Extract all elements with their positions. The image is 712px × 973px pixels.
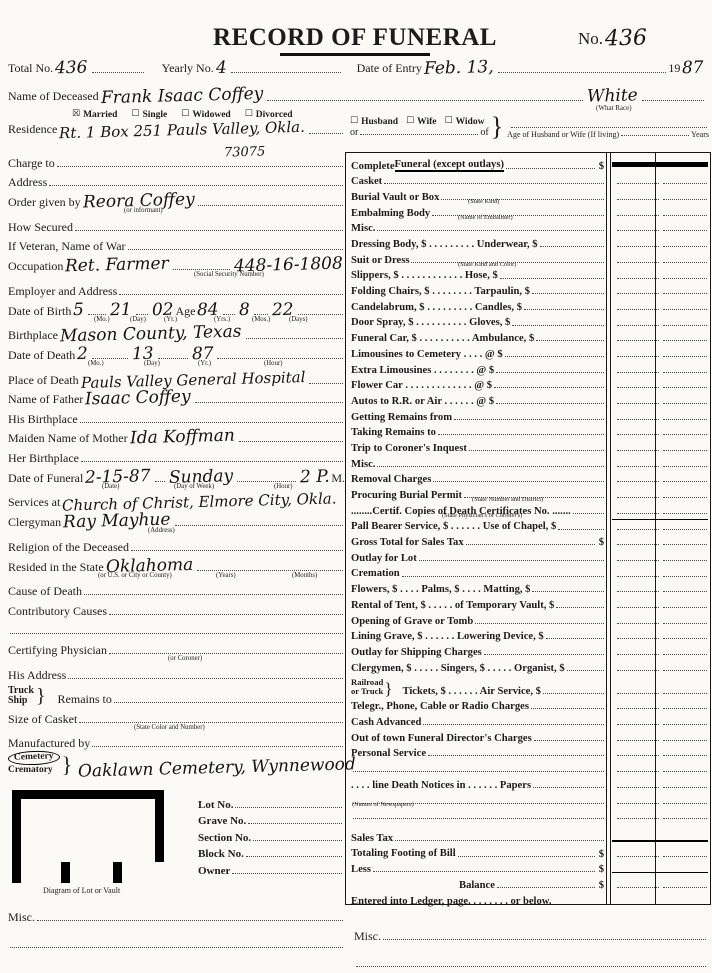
left-column: Charge to Address Order given by Reora C… [6, 150, 345, 973]
dotted-leader [438, 433, 604, 435]
charges-box: Complete Funeral (except outlays) $ Cask… [345, 152, 711, 905]
funeral-hour-value: 2 P. [299, 468, 329, 486]
spouse-years-label: Years [691, 130, 709, 139]
dotted-leader [475, 622, 604, 624]
clergyman-caption: (Address) [148, 527, 175, 534]
charge-row: Candelabrum, $ . . . . . . . . . Candles… [346, 297, 710, 313]
dotted-leader [235, 806, 342, 808]
dotted-leader [10, 632, 343, 634]
dotted-leader [360, 133, 478, 135]
charge-row-complete-funeral: Complete Funeral (except outlays) $ [346, 156, 710, 172]
amount-cell-cents [663, 245, 707, 247]
field-size-of-casket: Size of Casket [6, 706, 345, 726]
amount-cell-dollars [617, 433, 659, 435]
dollar-sign: $ [599, 880, 604, 891]
amount-cell-dollars [617, 606, 659, 608]
amount-cell-cents [663, 653, 707, 655]
field-lot-no: Lot No. [198, 794, 344, 811]
dotted-leader [49, 184, 343, 186]
field-owner: Owner [198, 860, 344, 877]
field-cemetery: Cemetery Crematory } Oaklawn Cemetery, W… [6, 750, 345, 776]
dotted-leader [231, 71, 341, 73]
charge-row: Rental of Tent, $ . . . . . of Temporary… [346, 595, 710, 611]
field-date-of-funeral: Date of Funeral 2-15-87 Sunday 2 P. M. [6, 465, 345, 485]
dollar-sign: $ [599, 537, 604, 548]
field-charge-to: Charge to [6, 150, 345, 170]
lot-diagram-section: Diagram of Lot or Vault Lot No. Grave No… [6, 790, 345, 894]
spouse-husband-label: Husband [361, 117, 398, 127]
amount-cell-dollars [617, 692, 659, 694]
dotted-leader [642, 99, 704, 101]
amount-cell-dollars [617, 214, 659, 216]
amount-cell-cents [663, 669, 707, 671]
dob-day: 21 [110, 301, 132, 319]
ledger-row: Entered into Ledger, page. . . . . . . .… [346, 891, 710, 907]
amount-cell-cents [663, 559, 707, 561]
amount-cell-cents [663, 480, 707, 482]
dotted-leader [458, 855, 595, 857]
charge-caption: (State Number and District) [472, 496, 543, 503]
amount-cell-dollars [617, 182, 659, 184]
dob-caption-mos: (Mos.) [252, 316, 270, 323]
truck-label: Truck [8, 686, 34, 696]
charge-row: Extra Limousines . . . . . . . . @ $ [346, 360, 710, 376]
field-section-no: Section No. [198, 827, 344, 844]
misc-continuation-line [6, 951, 345, 973]
dotted-leader [68, 677, 343, 679]
bottom-right-misc: Misc. [352, 925, 708, 970]
dotted-leader [173, 268, 230, 270]
dotted-leader [353, 770, 604, 772]
brace-glyph: } [384, 680, 392, 697]
dotted-leader [524, 308, 604, 310]
less-row: Less$ [346, 860, 710, 876]
amount-cell-cents [663, 543, 707, 545]
amount-cell-dollars [617, 723, 659, 725]
spouse-age-label: Age of Husband or Wife (If living) [507, 130, 619, 139]
dotted-row [346, 807, 710, 823]
dotted-row: (Names of Newspapers) [346, 791, 710, 807]
amount-cell-cents [663, 692, 707, 694]
dotted-leader [373, 870, 595, 872]
dotted-leader [128, 248, 343, 250]
checkbox-wife-icon: ☐ [406, 116, 414, 126]
amount-cell-dollars [617, 292, 659, 294]
amount-cell-cents [663, 496, 707, 498]
field-maiden-name-of-mother: Maiden Name of Mother Ida Koffman [6, 426, 345, 446]
dotted-leader [454, 418, 604, 420]
dotted-leader [217, 357, 343, 359]
dotted-leader [198, 204, 343, 206]
field-manufactured-by: Manufactured by [6, 731, 345, 751]
dotted-leader [114, 701, 343, 703]
amount-cell-dollars [617, 465, 659, 467]
amount-cell-dollars [617, 590, 659, 592]
amount-cell-dollars [617, 754, 659, 756]
charge-row: Flower Car . . . . . . . . . . . . . @ $ [346, 376, 710, 392]
balance-row: Balance$ [346, 875, 710, 891]
dotted-leader [158, 357, 188, 359]
dotted-leader [131, 549, 343, 551]
brace-glyph: } [36, 686, 46, 706]
totaling-row: Totaling Footing of Bill$ [346, 844, 710, 860]
coroner-caption: (or Coroner) [168, 655, 202, 662]
amount-cell-dollars [617, 637, 659, 639]
amount-cell-dollars [617, 229, 659, 231]
dotted-leader [536, 339, 604, 341]
ssn-caption: (Social Security Number) [194, 271, 264, 278]
dotted-leader [533, 786, 604, 788]
field-religion: Religion of the Deceased [6, 534, 345, 554]
dotted-leader [356, 965, 706, 967]
dotted-leader [496, 402, 604, 404]
charge-caption: (State Physician's or Coroner's) [442, 512, 522, 519]
funeral-caption-day: (Day of Week) [174, 483, 214, 490]
amount-cell-cents [663, 739, 707, 741]
amount-cell-dollars [617, 543, 659, 545]
year-written: 87 [682, 60, 704, 78]
amount-cell-cents [663, 324, 707, 326]
amount-cell-dollars [617, 707, 659, 709]
checkbox-married-checked-icon: ☒ [72, 109, 80, 119]
dotted-leader [175, 524, 343, 526]
newspapers-caption: (Names of Newspapers) [352, 801, 414, 808]
dotted-leader [81, 460, 343, 462]
dotted-leader [532, 292, 604, 294]
amount-cell-cents [663, 575, 707, 577]
amount-cell-cents [663, 339, 707, 341]
dob-caption-day: (Day) [130, 316, 146, 323]
cemetery-value: Oaklawn Cemetery, Wynnewood [78, 756, 356, 780]
spouse-section: ☐ Husband ☐ Wife ☐ Widow or of } Age of … [350, 114, 709, 140]
dotted-leader [383, 938, 706, 940]
dotted-leader [497, 886, 595, 888]
amount-cell-cents [663, 214, 707, 216]
diagram-caption: Diagram of Lot or Vault [43, 886, 120, 895]
amount-cell-dollars [617, 528, 659, 530]
race-value: White [587, 87, 638, 105]
dotted-leader [37, 919, 343, 921]
misc-continuation-line [352, 943, 708, 970]
charge-row: Opening of Grave or Tomb [346, 611, 710, 627]
marital-married-label: Married [83, 110, 117, 120]
dotted-leader [197, 569, 343, 571]
amount-cell-dollars [617, 355, 659, 357]
dotted-leader [232, 872, 342, 874]
dotted-leader [377, 465, 604, 467]
amount-cell-cents [663, 723, 707, 725]
amount-cell-cents [663, 886, 707, 888]
amount-cell-dollars [617, 817, 659, 819]
name-of-deceased-label: Name of Deceased [8, 89, 99, 104]
continuation-line [6, 618, 345, 638]
funeral-m-label: M. [331, 472, 345, 485]
amount-cell-dollars [617, 786, 659, 788]
field-place-of-death: Place of Death Pauls Valley General Hosp… [6, 367, 345, 387]
amount-cell-cents [663, 465, 707, 467]
charge-row: Gross Total for Sales Tax$ [346, 533, 710, 549]
amount-cell-cents [663, 355, 707, 357]
amount-cell-cents [663, 622, 707, 624]
amount-cell-cents [663, 433, 707, 435]
charge-row: Lining Grave, $ . . . . . . Lowering Dev… [346, 627, 710, 643]
charge-row: (State Kind and Color)Suit or Dress [346, 250, 710, 266]
charge-row: Cremation [346, 564, 710, 580]
age-label: Age [175, 305, 195, 318]
field-certifying-physician: Certifying Physician [6, 637, 345, 657]
field-remains-to: Truck Ship } Remains to [6, 682, 345, 706]
dotted-leader [309, 382, 343, 384]
page-title: RECORD OF FUNERAL [190, 24, 520, 56]
lot-diagram-shape: Diagram of Lot or Vault [12, 790, 164, 862]
field-veteran-war: If Veteran, Name of War [6, 234, 345, 254]
title-underline [280, 53, 430, 56]
amount-cell-cents [663, 817, 707, 819]
dob-caption-mo: (Mo.) [94, 316, 110, 323]
doc-no-value: 436 [605, 27, 648, 50]
field-services-at: Services at Church of Christ, Elmore Cit… [6, 490, 345, 510]
charge-row: Slippers, $ . . . . . . . . . . . . Hose… [346, 266, 710, 282]
dotted-row [346, 759, 710, 775]
dotted-leader [532, 590, 604, 592]
charge-row: Removal Charges [346, 470, 710, 486]
dotted-leader [119, 293, 343, 295]
amount-cell-dollars [617, 512, 659, 514]
amount-cell-cents [663, 229, 707, 231]
amount-cell-cents [663, 277, 707, 279]
dotted-leader [80, 421, 343, 423]
charge-row: Out of town Funeral Director's Charges [346, 728, 710, 744]
dotted-leader [267, 99, 583, 101]
amount-cell-cents [663, 198, 707, 200]
field-grave-no: Grave No. [198, 811, 344, 828]
amount-cell-dollars [617, 559, 659, 561]
dotted-leader [498, 71, 667, 73]
dotted-leader [92, 71, 144, 73]
dotted-leader [441, 198, 604, 200]
amount-cell-dollars [612, 902, 654, 904]
amount-cell-dollars [617, 480, 659, 482]
railroad-truck-labels: Railroad or Truck [351, 678, 383, 696]
field-contributory-causes: Contributory Causes [6, 598, 345, 618]
dotted-leader [109, 613, 343, 615]
amount-cell-cents [663, 855, 707, 857]
dotted-leader [621, 134, 689, 136]
amount-cell-dollars [617, 261, 659, 263]
dotted-leader [573, 512, 604, 514]
field-occupation: Occupation Ret. Farmer 448-16-1808 [6, 253, 345, 273]
dotted-leader [92, 357, 128, 359]
title-text: RECORD OF FUNERAL [213, 24, 497, 51]
charge-row: Limousines to Cemetery . . . . @ $ [346, 344, 710, 360]
name-row: Name of Deceased Frank Isaac Coffey Whit… [8, 88, 706, 104]
dotted-leader [79, 721, 343, 723]
charge-row: (Name of Embalmer)Embalming Body [346, 203, 710, 219]
dotted-leader [246, 337, 344, 339]
residence-value: Rt. 1 Box 251 Pauls Valley, Okla. [59, 120, 305, 141]
amount-cell-dollars [617, 496, 659, 498]
charge-row: Getting Remains from [346, 407, 710, 423]
spouse-wife-label: Wife [417, 117, 436, 127]
dotted-leader [155, 480, 165, 482]
dob-caption-days: (Days) [289, 316, 308, 323]
funeral-record-form: RECORD OF FUNERAL No. 436 Total No. 436 … [0, 0, 712, 973]
dotted-leader [423, 723, 604, 725]
amount-cell-cents [663, 261, 707, 263]
dotted-leader [136, 313, 148, 315]
dotted-leader [494, 386, 604, 388]
dotted-leader [543, 692, 604, 694]
amount-cell-cents [663, 802, 707, 804]
dotted-leader [505, 355, 604, 357]
dotted-leader [558, 528, 604, 530]
doc-no-label: No. [578, 29, 603, 49]
residence-label: Residence [8, 122, 57, 137]
charge-row: Flowers, $ . . . . Palms, $ . . . . Matt… [346, 580, 710, 596]
dob-month: 5 [73, 301, 84, 318]
dod-month: 2 [77, 346, 88, 363]
field-how-secured: How Secured [6, 214, 345, 234]
amount-cell-cents [663, 292, 707, 294]
charge-row: Misc. [346, 454, 710, 470]
charge-row: Outlay for Shipping Charges [346, 642, 710, 658]
misc-continuation-line [6, 924, 345, 951]
resided-caption-years: (Years) [216, 572, 236, 579]
amount-cell-cents [663, 528, 707, 530]
charge-row: Trip to Coroner's Inquest [346, 438, 710, 454]
amount-cell-dollars [617, 802, 659, 804]
dotted-leader [239, 440, 343, 442]
brace-glyph: } [62, 754, 73, 776]
dollar-sign: $ [599, 864, 604, 875]
checkbox-husband-icon: ☐ [350, 116, 358, 126]
charge-row: Casket [346, 172, 710, 188]
amount-cell-dollars [617, 277, 659, 279]
amount-cell-dollars [617, 324, 659, 326]
dotted-leader [223, 313, 235, 315]
amount-cell-dollars [617, 739, 659, 741]
amount-cell-cents [663, 707, 707, 709]
amount-ink-bar [612, 162, 708, 167]
charge-caption: (State Kind) [468, 198, 499, 205]
remains-to-label: Remains to [58, 693, 112, 706]
charge-row: Telegr., Phone, Cable or Radio Charges [346, 697, 710, 713]
dotted-leader [484, 653, 604, 655]
amount-cell-cents [663, 418, 707, 420]
funeral-caption-date: (Date) [102, 483, 119, 490]
diagram-leg [61, 862, 70, 883]
dob-caption-yr: (Yr.) [164, 316, 177, 323]
dod-caption-hour: (Hour) [264, 360, 283, 367]
cemetery-crematory-labels: Cemetery Crematory [8, 751, 60, 776]
charge-caption: (State Kind and Color) [458, 261, 516, 268]
charge-row: Door Spray, $ . . . . . . . . . . Gloves… [346, 313, 710, 329]
amount-cell-cents [663, 449, 707, 451]
amount-rule-line [612, 519, 708, 521]
total-no-label: Total No. [8, 61, 53, 76]
dotted-leader [248, 822, 342, 824]
field-order-given-by: Order given by Reora Coffey [6, 189, 345, 209]
charge-row: Misc. [346, 219, 710, 235]
dotted-leader [109, 652, 343, 654]
dotted-leader [512, 324, 604, 326]
charge-row: Taking Remains to [346, 423, 710, 439]
dotted-leader [57, 165, 343, 167]
charge-row: (State Physician's or Coroner's)........… [346, 501, 710, 517]
amount-cell-dollars [617, 449, 659, 451]
dotted-leader [546, 637, 604, 639]
charge-row-death-notices: . . . . line Death Notices in . . . . . … [346, 775, 710, 791]
field-name-of-father: Name of Father Isaac Coffey [6, 387, 345, 407]
amount-cell-cents [658, 902, 707, 904]
charge-row: Dressing Body, $ . . . . . . . . . Under… [346, 234, 710, 250]
amount-cell-dollars [617, 669, 659, 671]
checkbox-widow-icon: ☐ [445, 116, 453, 126]
residence-row: Residence Rt. 1 Box 251 Pauls Valley, Ok… [8, 122, 345, 137]
dotted-leader [567, 669, 604, 671]
name-of-deceased-value: Frank Isaac Coffey [100, 86, 263, 107]
dotted-leader [84, 593, 343, 595]
amount-cell-cents [663, 754, 707, 756]
field-address: Address [6, 170, 345, 190]
amount-cell-dollars [617, 402, 659, 404]
amount-cell-cents [663, 590, 707, 592]
total-no-value: 436 [55, 60, 88, 78]
charge-row: Outlay for Lot [346, 548, 710, 564]
amount-cell-dollars [617, 198, 659, 200]
marital-widowed-label: Widowed [192, 110, 230, 120]
resided-caption-county: (or U.S. or City or County) [98, 572, 172, 579]
brace-glyph: } [491, 114, 503, 140]
amount-cell-dollars [617, 855, 659, 857]
dotted-leader [88, 313, 106, 315]
dod-caption-day: (Day) [144, 360, 160, 367]
diagram-leg [12, 862, 21, 883]
field-date-of-birth: Date of Birth 5 21 02 Age 84 8 22 [6, 298, 345, 318]
race-caption: (What Race) [596, 104, 632, 112]
dollar-sign: $ [599, 161, 604, 172]
age-months: 8 [239, 301, 250, 318]
dotted-leader [195, 401, 343, 403]
amount-cell-cents [663, 606, 707, 608]
marital-single-label: Single [142, 110, 167, 120]
dotted-leader [469, 449, 604, 451]
dotted-leader [246, 855, 342, 857]
amount-cell-dollars [617, 386, 659, 388]
charge-row: Funeral Car, $ . . . . . . . . . . Ambul… [346, 329, 710, 345]
dotted-leader [254, 313, 268, 315]
dod-caption-mo: (Mo.) [88, 360, 104, 367]
dotted-leader [395, 839, 604, 841]
field-employer: Employer and Address [6, 278, 345, 298]
dotted-leader [92, 745, 343, 747]
cemetery-circled-label: Cemetery [8, 750, 60, 766]
amount-cell-dollars [617, 308, 659, 310]
dotted-leader [384, 182, 604, 184]
charge-row: Autos to R.R. or Air . . . . . . @ $ [346, 391, 710, 407]
amount-cell-dollars [617, 622, 659, 624]
dotted-leader [377, 229, 604, 231]
amount-cell-dollars [617, 245, 659, 247]
crematory-label: Crematory [8, 765, 60, 776]
amount-cell-dollars [617, 418, 659, 420]
field-his-address: His Address [6, 662, 345, 682]
charge-row: Cash Advanced [346, 712, 710, 728]
funeral-caption-hour: (Hour) [274, 483, 293, 490]
date-of-entry-value: Feb. 13, [424, 59, 494, 78]
amount-cell-cents [663, 371, 707, 373]
amount-cell-cents [663, 182, 707, 184]
